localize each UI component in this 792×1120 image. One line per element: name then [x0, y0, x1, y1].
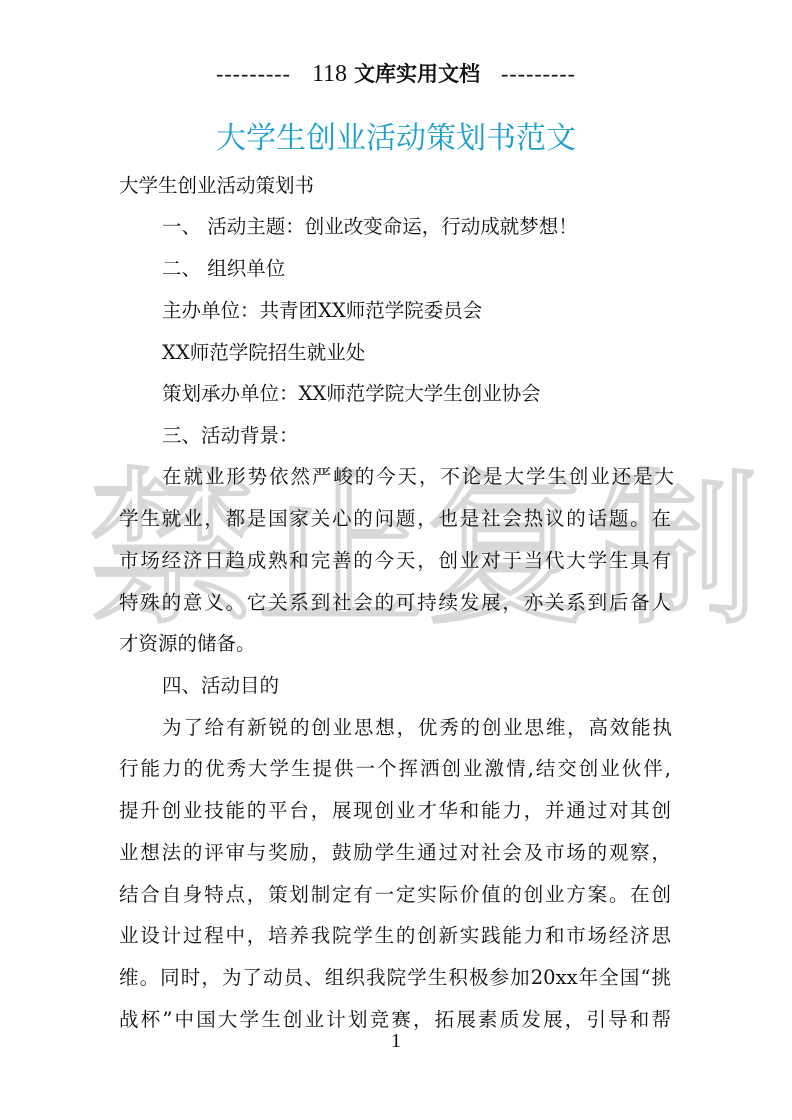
paragraph-line: 结合自身特点，策划制定有一定实际价值的创业方案。在创 [119, 879, 671, 907]
co-organizer-line: XX师范学院招生就业处 [162, 337, 365, 365]
paragraph-line: 学生就业，都是国家关心的问题，也是社会热议的话题。在 [119, 503, 671, 531]
page-header: --------- 118 文库实用文档 --------- [0, 58, 792, 88]
document-page: 禁 止 复 制 --------- 118 文库实用文档 --------- 大… [0, 0, 792, 1120]
paragraph-line: 业设计过程中，培养我院学生的创新实践能力和市场经济思 [119, 920, 671, 948]
doc-heading: 大学生创业活动策划书 [119, 170, 314, 198]
text-layer: --------- 118 文库实用文档 --------- 大学生创业活动策划… [0, 0, 792, 1120]
header-right-dashes: --------- [501, 61, 576, 86]
header-left-dashes: --------- [216, 61, 291, 86]
paragraph-line: 市场经济日趋成熟和完善的今天，创业对于当代大学生具有 [119, 545, 671, 573]
section-heading-background: 三、活动背景： [162, 420, 299, 448]
paragraph-line: 战杯”中国大学生创业计划竞赛，拓展素质发展，引导和帮 [119, 1004, 671, 1032]
paragraph-line: 提升创业技能的平台，展现创业才华和能力，并通过对其创 [119, 795, 671, 823]
document-title: 大学生创业活动策划书范文 [0, 113, 792, 157]
undertaker-line: 策划承办单位：XX师范学院大学生创业协会 [162, 378, 541, 406]
section-heading-organizers: 二、 组织单位 [162, 253, 285, 281]
header-brand-number: 118 [312, 61, 347, 87]
organizer-line: 主办单位：共青团XX师范学院委员会 [162, 295, 482, 323]
paragraph-line: 为了给有新锐的创业思想，优秀的创业思维，高效能执 [162, 712, 672, 740]
paragraph-line: 才资源的储备。 [119, 628, 256, 656]
section-heading-purpose: 四、活动目的 [162, 670, 279, 698]
header-brand-text: 文库实用文档 [354, 62, 480, 86]
paragraph-line: 业想法的评审与奖励，鼓励学生通过对社会及市场的观察， [119, 837, 671, 865]
paragraph-line: 行能力的优秀大学生提供一个挥洒创业激情,结交创业伙伴, [119, 753, 671, 781]
page-number: 1 [0, 1030, 792, 1053]
paragraph-line: 维。同时，为了动员、组织我院学生积极参加20xx年全国“挑 [119, 962, 671, 990]
paragraph-line: 在就业形势依然严峻的今天，不论是大学生创业还是大 [162, 461, 674, 489]
paragraph-line: 特殊的意义。它关系到社会的可持续发展，亦关系到后备人 [119, 587, 671, 615]
section-heading-theme: 一、 活动主题：创业改变命运，行动成就梦想！ [162, 211, 578, 239]
